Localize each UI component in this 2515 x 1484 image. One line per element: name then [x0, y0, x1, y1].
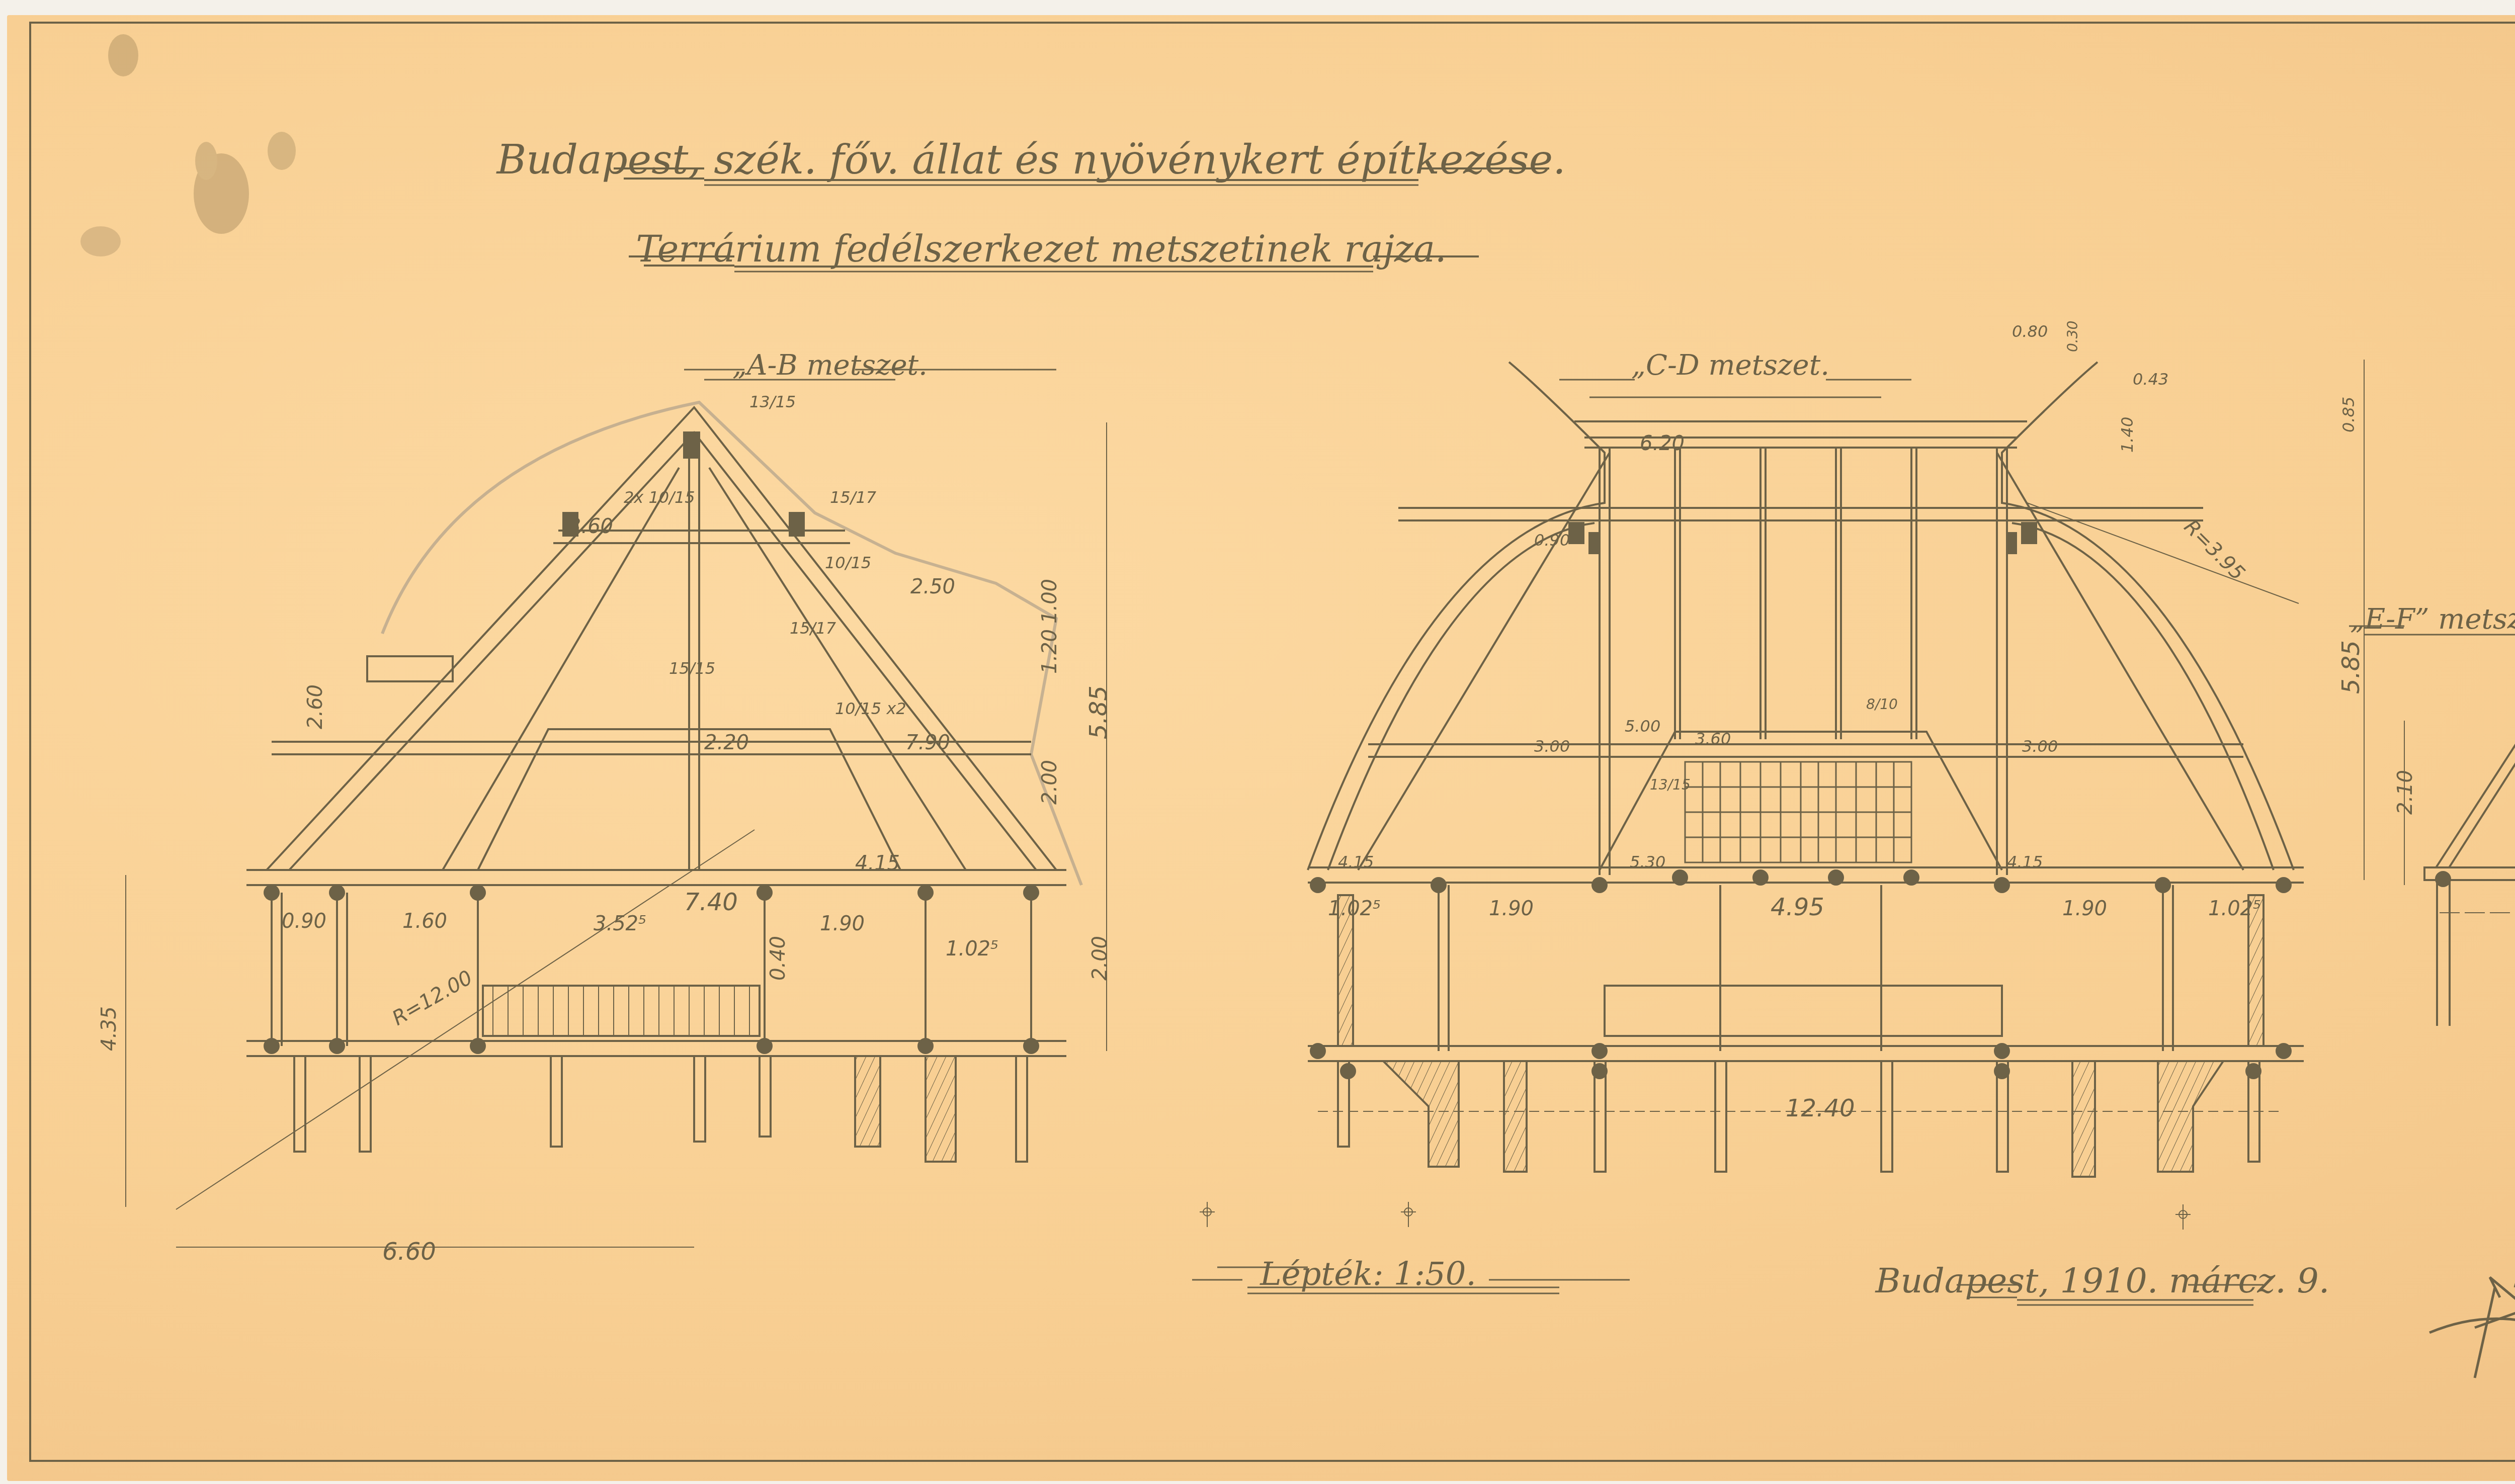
section-a-b-drawing [126, 402, 1107, 1247]
svg-text:4.15: 4.15 [2007, 852, 2043, 871]
svg-text:15/17: 15/17 [830, 488, 877, 507]
svg-text:2.50: 2.50 [910, 575, 955, 598]
svg-text:0.90: 0.90 [282, 910, 326, 933]
svg-text:„C-D metszet.: „C-D metszet. [1631, 349, 1829, 382]
svg-text:1.40: 1.40 [2118, 417, 2137, 453]
svg-text:5.85: 5.85 [1084, 685, 1113, 739]
title-line-1: Budapest, szék. főv. állat és nyövényker… [495, 136, 1565, 183]
svg-text:7.90: 7.90 [905, 731, 950, 754]
svg-text:1.02⁵: 1.02⁵ [2208, 897, 2261, 920]
svg-text:1.00: 1.00 [1038, 579, 1061, 624]
svg-text:2.00: 2.00 [1038, 760, 1061, 805]
svg-text:15/17: 15/17 [790, 619, 836, 638]
svg-text:Lépték: 1:50.: Lépték: 1:50. [1260, 1256, 1476, 1293]
paper-stains [80, 34, 296, 256]
svg-text:5.85: 5.85 [2337, 640, 2365, 694]
svg-text:0.80: 0.80 [2012, 322, 2048, 341]
svg-text:2x 10/15: 2x 10/15 [624, 488, 695, 507]
svg-text:1.60: 1.60 [402, 910, 447, 933]
svg-text:0.43: 0.43 [2133, 370, 2168, 389]
svg-text:„A-B metszet.: „A-B metszet. [732, 349, 928, 382]
svg-text:1.02⁵: 1.02⁵ [1328, 897, 1381, 920]
signature-mark [2429, 1267, 2515, 1378]
svg-text:2.60: 2.60 [304, 684, 327, 729]
title-block: Budapest, szék. főv. állat és nyövényker… [495, 136, 1565, 272]
svg-text:0.90: 0.90 [1534, 531, 1570, 550]
svg-text:7.40: 7.40 [684, 888, 738, 916]
svg-text:R=3.95: R=3.95 [2179, 515, 2249, 585]
svg-text:2.20: 2.20 [704, 731, 749, 754]
section-label-e-f: „E-F” metszet. [2349, 603, 2515, 636]
svg-text:0.85: 0.85 [2339, 397, 2358, 432]
svg-text:10/15 x2: 10/15 x2 [835, 699, 906, 718]
svg-text:3.00: 3.00 [2022, 737, 2058, 756]
svg-text:12.40: 12.40 [1786, 1094, 1855, 1122]
section-label-c-d: „C-D metszet. [1559, 349, 1911, 397]
blueprint-drawing: Budapest, szék. főv. állat és nyövényker… [0, 0, 2515, 1484]
svg-text:6.60: 6.60 [382, 1238, 436, 1266]
svg-text:0.40: 0.40 [767, 936, 790, 981]
section-c-d-drawing [1308, 360, 2364, 1177]
section-c-d-dimensions: 12.40 1.02⁵ 1.90 4.95 1.90 1.02⁵ 6.20 0.… [1328, 321, 2365, 1122]
svg-text:15/15: 15/15 [669, 659, 715, 678]
svg-text:10/15: 10/15 [825, 553, 871, 572]
svg-text:3.60: 3.60 [568, 515, 613, 538]
section-e-f-drawing [2404, 704, 2515, 1026]
svg-text:4.95: 4.95 [1771, 893, 1824, 921]
svg-text:Budapest, 1910. márcz. 9.: Budapest, 1910. márcz. 9. [1875, 1261, 2330, 1301]
svg-text:„E-F” metszet.: „E-F” metszet. [2350, 603, 2515, 636]
svg-text:5.00: 5.00 [1625, 717, 1660, 736]
svg-text:3.00: 3.00 [1534, 737, 1570, 756]
svg-text:6.20: 6.20 [1640, 432, 1685, 455]
svg-text:0.30: 0.30 [2064, 321, 2081, 352]
svg-text:5.30: 5.30 [1630, 852, 1665, 871]
svg-text:13/15: 13/15 [1650, 776, 1691, 793]
registration-marks [1200, 1202, 2191, 1230]
scale-block: Lépték: 1:50. [1192, 1256, 1630, 1293]
svg-text:2.00: 2.00 [1088, 936, 1112, 981]
svg-text:3.60: 3.60 [1695, 729, 1731, 748]
svg-text:1.90: 1.90 [820, 912, 865, 935]
svg-text:1.90: 1.90 [1489, 897, 1534, 920]
svg-text:13/15: 13/15 [749, 392, 796, 411]
svg-text:4.35: 4.35 [98, 1006, 121, 1051]
svg-text:1.90: 1.90 [2062, 897, 2107, 920]
section-label-a-b: „A-B metszet. [684, 349, 1056, 382]
drawing-sheet: Budapest, szék. főv. állat és nyövényker… [0, 0, 2515, 1484]
svg-text:4.15: 4.15 [855, 852, 900, 875]
svg-text:8/10: 8/10 [1866, 696, 1898, 713]
svg-text:2.10: 2.10 [2394, 770, 2417, 815]
date-place-block: Budapest, 1910. márcz. 9. [1875, 1261, 2330, 1305]
section-a-b-dimensions: 7.40 0.90 1.60 3.52⁵ 1.90 1.02⁵ R=12.00 … [98, 392, 1113, 1266]
svg-text:4.15: 4.15 [1338, 852, 1374, 871]
svg-text:1.02⁵: 1.02⁵ [946, 937, 998, 961]
title-line-2: Terrárium fedélszerkezet metszetinek raj… [636, 228, 1446, 270]
svg-text:1.20: 1.20 [1038, 629, 1061, 674]
svg-text:3.52⁵: 3.52⁵ [594, 912, 646, 935]
